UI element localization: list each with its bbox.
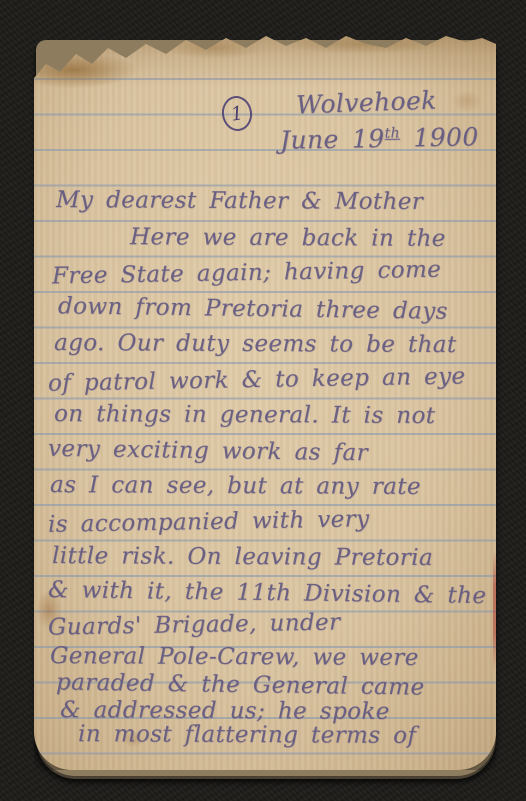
letter-salutation: My dearest Father & Mother xyxy=(56,187,423,215)
red-page-edge-tint xyxy=(493,550,496,670)
letter-line: of patrol work & to keep an eye xyxy=(48,363,466,396)
letter-line: as I can see, but at any rate xyxy=(50,472,421,500)
letter-line: General Pole-Carew, we were xyxy=(50,643,419,671)
notebook-page: 1 Wolvehoek June 19th 1900 My dearest Fa… xyxy=(34,30,496,770)
letter-date-year: 1900 xyxy=(413,122,479,152)
letter-line: down from Pretoria three days xyxy=(58,293,448,324)
page-number-circled: 1 xyxy=(220,94,255,133)
letter-date-suffix: th xyxy=(384,125,400,141)
letter-date: June 19th 1900 xyxy=(280,122,479,154)
letter-line: very exciting work as far xyxy=(48,436,368,466)
letter-line: Here we are back in the xyxy=(130,224,446,252)
letter-line: ago. Our duty seems to be that xyxy=(54,330,457,358)
letter-line: in most flattering terms of xyxy=(78,721,416,749)
letter-line: & with it, the 11th Division & the xyxy=(48,577,487,609)
letter-line: Free State again; having come xyxy=(52,257,442,290)
letter-line: little risk. On leaving Pretoria xyxy=(52,543,433,571)
letter-line: on things in general. It is not xyxy=(54,401,436,429)
letter-line: is accompanied with very xyxy=(48,506,370,538)
letter-place: Wolvehoek xyxy=(296,86,438,120)
letter-line: paraded & the General came xyxy=(56,669,425,700)
stain-spot xyxy=(452,90,482,112)
letter-date-day: June 19 xyxy=(280,124,385,155)
letter-line: Guards' Brigade, under xyxy=(48,609,341,640)
